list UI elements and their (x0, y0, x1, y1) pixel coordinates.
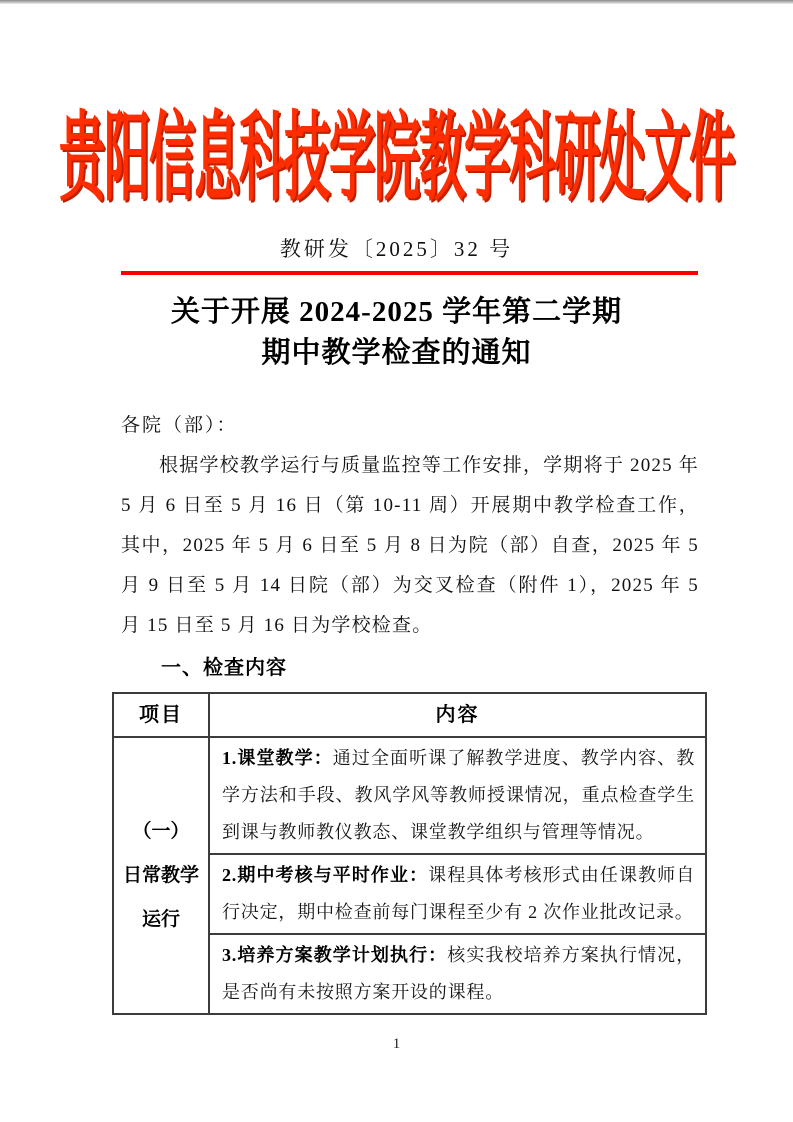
table-header-content: 内容 (209, 693, 706, 737)
document-number: 教研发〔2025〕32 号 (0, 233, 793, 263)
table-row: （一） 日常教学 运行 1.课堂教学：通过全面听课了解教学进度、教学内容、教学方… (113, 737, 706, 854)
category-line1: （一） (115, 810, 207, 854)
notice-title-line1: 关于开展 2024-2025 学年第二学期 (0, 292, 793, 333)
section-heading-1: 一、检查内容 (121, 651, 699, 685)
red-divider-line (121, 271, 698, 275)
table-category-cell: （一） 日常教学 运行 (113, 737, 209, 1014)
table-cell-classroom-teaching: 1.课堂教学：通过全面听课了解教学进度、教学内容、教学方法和手段、教风学风等教师… (209, 737, 706, 854)
document-masthead: 贵阳信息科技学院教学科研处文件 (0, 84, 793, 218)
page-number: 1 (0, 1036, 793, 1053)
cell-lead-1: 1.课堂教学： (222, 748, 333, 768)
notice-title: 关于开展 2024-2025 学年第二学期 期中教学检查的通知 (0, 292, 793, 374)
table-header-row: 项目 内容 (113, 693, 706, 737)
category-line2: 日常教学 (115, 854, 207, 898)
table-header-item: 项目 (113, 693, 209, 737)
cell-lead-2: 2.期中考核与平时作业： (222, 865, 428, 885)
category-line3: 运行 (115, 898, 207, 942)
cell-lead-3: 3.培养方案教学计划执行： (222, 945, 447, 965)
inspection-content-table: 项目 内容 （一） 日常教学 运行 1.课堂教学：通过全面听课了解教学进度、教学… (112, 692, 707, 1015)
notice-title-line2: 期中教学检查的通知 (0, 333, 793, 374)
masthead-title: 贵阳信息科技学院教学科研处文件 (59, 81, 734, 221)
document-body: 各院（部）： 根据学校教学运行与质量监控等工作安排，学期将于 2025 年 5 … (121, 406, 699, 1015)
table-cell-training-plan: 3.培养方案教学计划执行：核实我校培养方案执行情况，是否尚有未按照方案开设的课程… (209, 934, 706, 1014)
body-paragraph: 根据学校教学运行与质量监控等工作安排，学期将于 2025 年 5 月 6 日至 … (121, 446, 699, 646)
table-cell-midterm-assessment: 2.期中考核与平时作业：课程具体考核形式由任课教师自行决定，期中检查前每门课程至… (209, 854, 706, 934)
scan-edge (0, 0, 793, 4)
salutation: 各院（部）： (121, 406, 699, 446)
